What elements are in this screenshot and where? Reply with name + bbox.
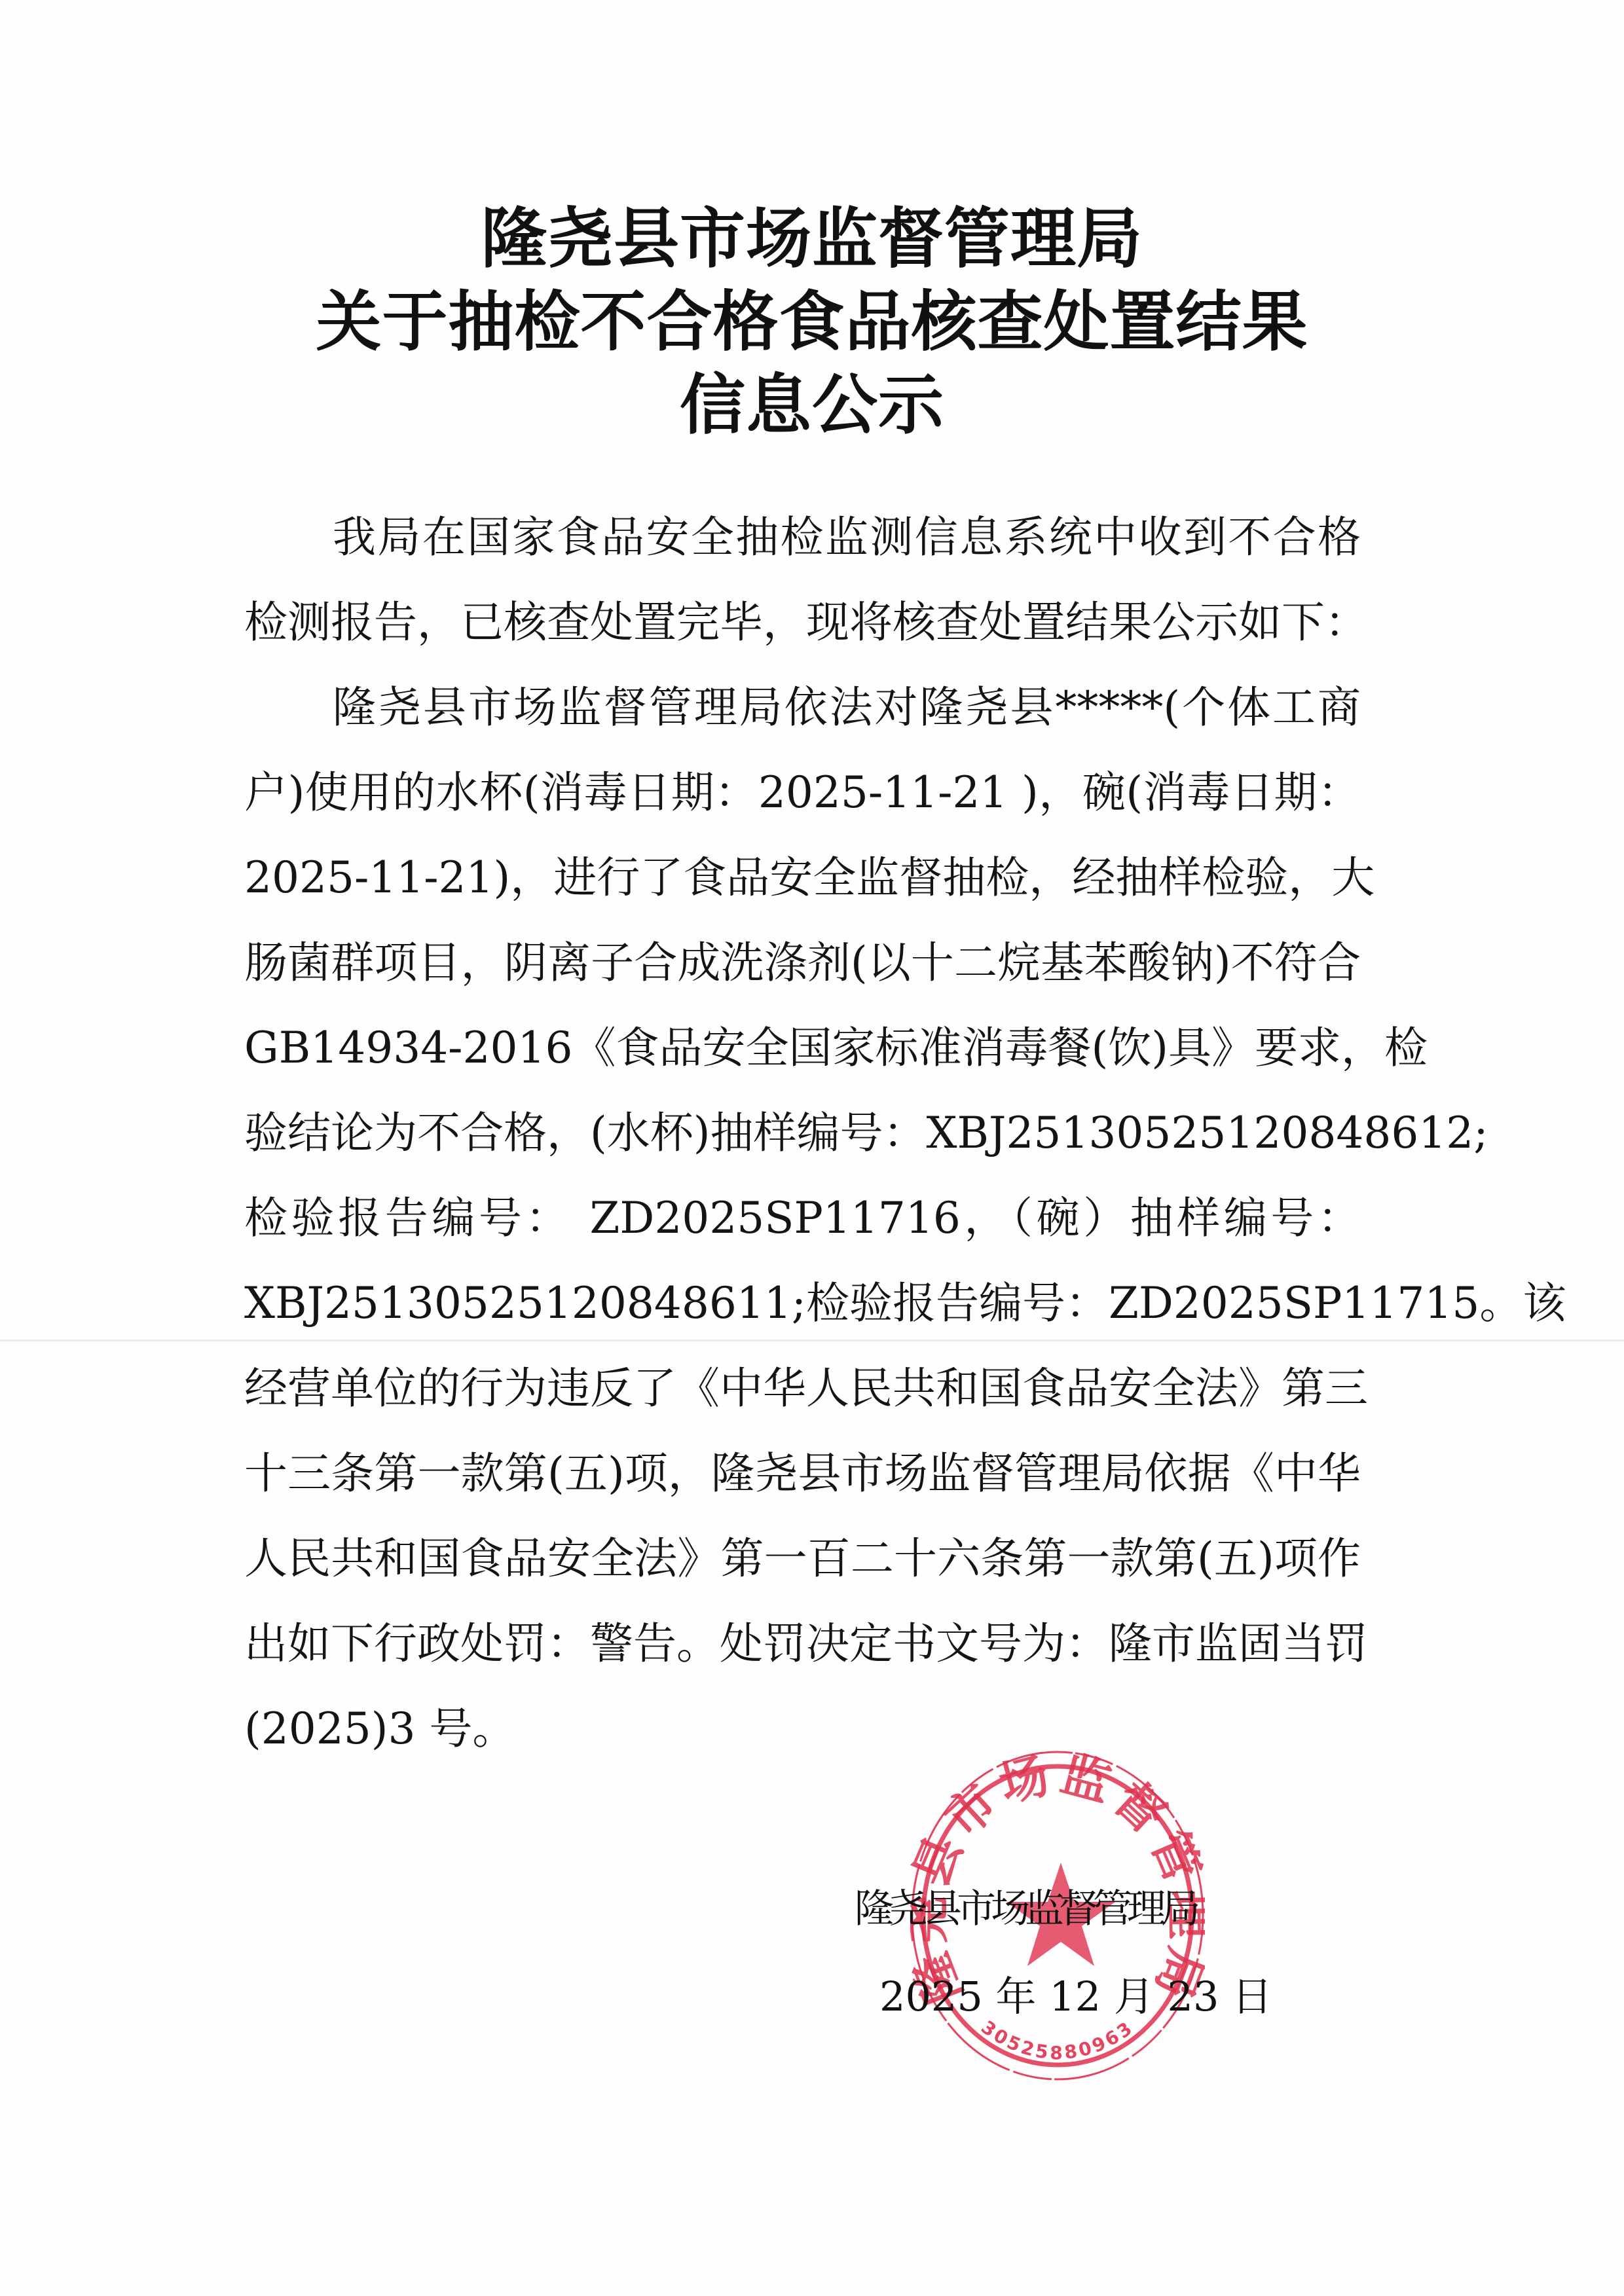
body-line-8: 验结论为不合格，(水杯)抽样编号：XBJ25130525120848612;	[244, 1107, 1361, 1159]
body-line-15: (2025)3 号。	[244, 1703, 1361, 1755]
body-line-13: 人民共和国食品安全法》第一百二十六条第一款第(五)项作	[244, 1533, 1361, 1585]
issue-date: 2025 年 12 月 23 日	[879, 1964, 1272, 2022]
body-line-2: 检测报告，已核查处置完毕，现将核查处置结果公示如下：	[244, 596, 1361, 649]
body-line-12: 十三条第一款第(五)项，隆尧县市场监督管理局依据《中华	[244, 1448, 1361, 1500]
body-line-10: XBJ25130525120848611;检验报告编号：ZD2025SP1171…	[244, 1277, 1361, 1330]
title-line-1: 隆尧县市场监督管理局	[0, 203, 1624, 275]
body-line-4: 户)使用的水杯(消毒日期：2025-11-21 )，碗(消毒日期：	[244, 767, 1361, 819]
document-page: 隆尧县市场监督管理局 关于抽检不合格食品核查处置结果 信息公示 我局在国家食品安…	[0, 0, 1624, 2296]
title-line-2: 关于抽检不合格食品核查处置结果	[0, 286, 1624, 358]
body-line-1: 我局在国家食品安全抽检监测信息系统中收到不合格	[333, 511, 1361, 564]
body-line-9: 检验报告编号： ZD2025SP11716，（碗）抽样编号：	[244, 1192, 1361, 1245]
body-line-11: 经营单位的行为违反了《中华人民共和国食品安全法》第三	[244, 1362, 1361, 1415]
body-line-6: 肠菌群项目，阴离子合成洗涤剂(以十二烷基苯酸钠)不符合	[244, 937, 1361, 989]
body-line-7: GB14934-2016《食品安全国家标准消毒餐(饮)具》要求，检	[244, 1022, 1361, 1074]
scan-artifact-line	[0, 1339, 1624, 1341]
body-line-3: 隆尧县市场监督管理局依法对隆尧县*****(个体工商	[333, 682, 1361, 734]
title-line-3: 信息公示	[0, 369, 1624, 441]
body-line-14: 出如下行政处罚：警告。处罚决定书文号为：隆市监固当罚	[244, 1618, 1361, 1670]
issuer-name: 隆尧县市场监督管理局	[855, 1878, 1195, 1934]
body-line-5: 2025-11-21)，进行了食品安全监督抽检，经抽样检验，大	[244, 852, 1361, 904]
